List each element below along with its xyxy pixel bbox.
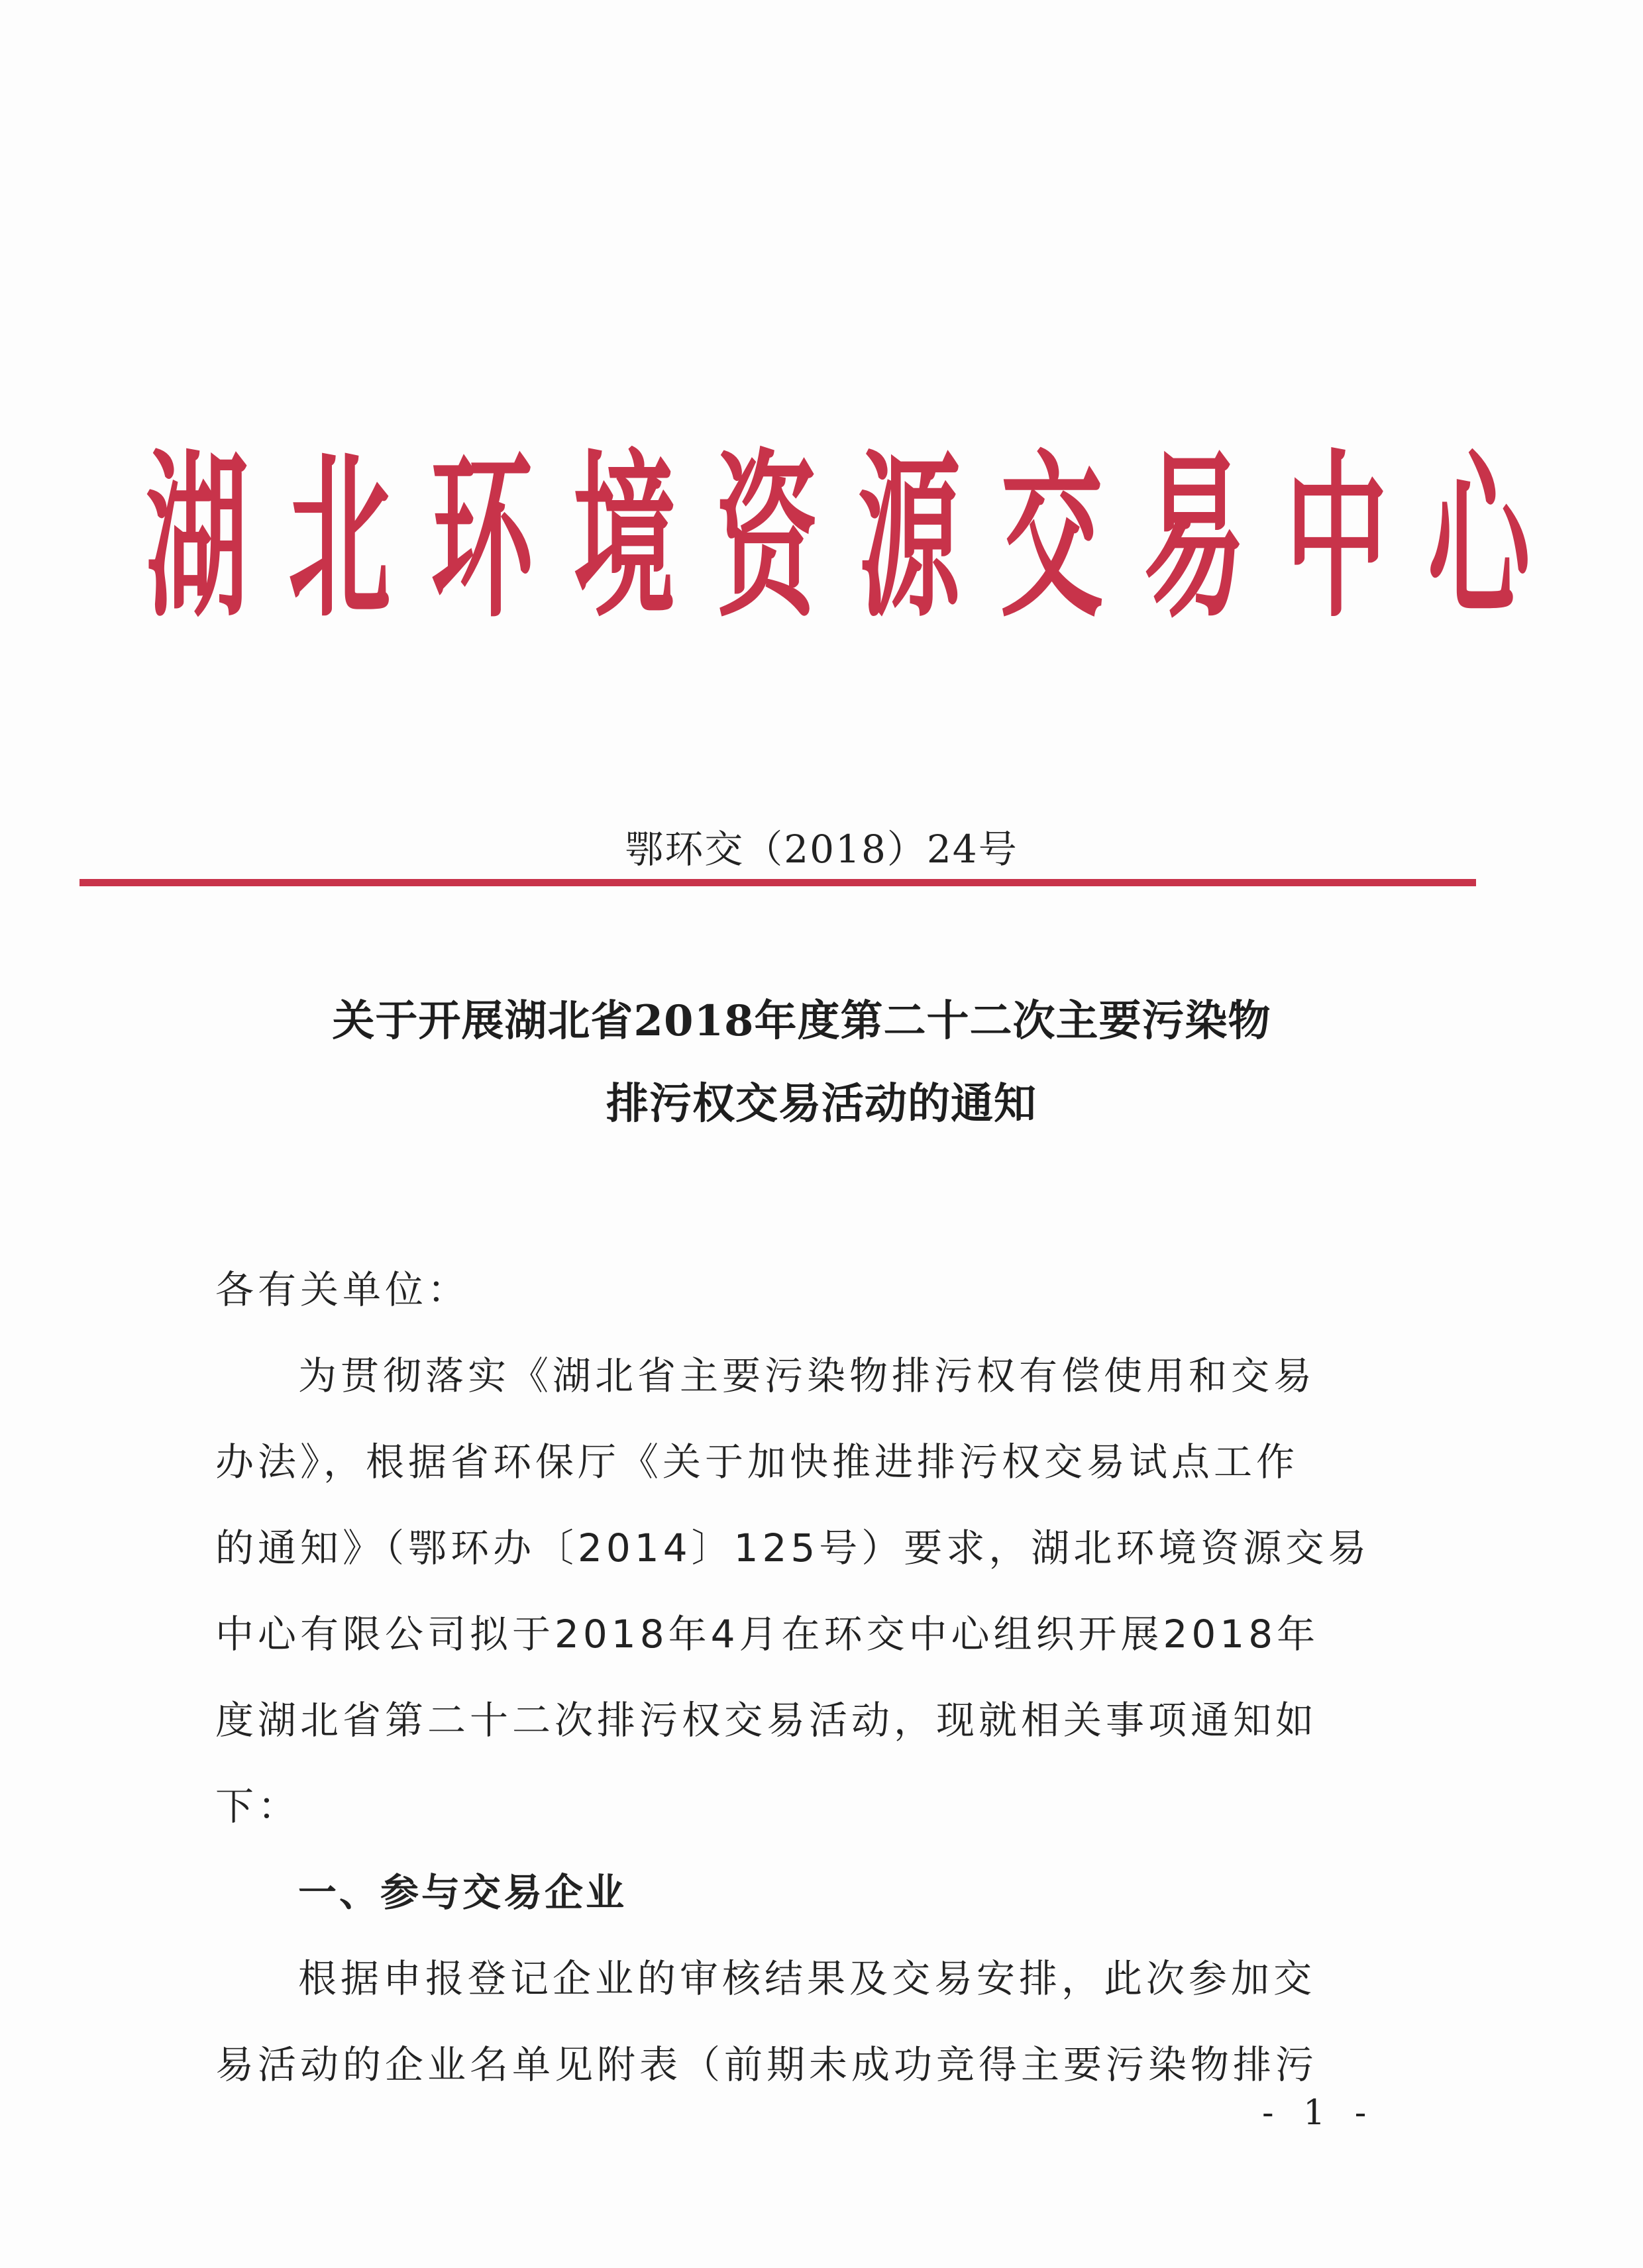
document-title-line-1: 关于开展湖北省2018年度第二十二次主要污染物 (0, 987, 1623, 1048)
masthead-char: 资 (715, 448, 818, 626)
body-line: 度湖北省第二十二次排污权交易活动，现就相关事项通知如 (215, 1689, 1361, 1745)
document-page: 湖 北 环 境 资 源 交 易 中 心 鄂环交（2018）24号 关于开展湖北省… (0, 0, 1643, 2268)
section-heading: 一、参与交易企业 (298, 1861, 627, 1917)
masthead-char: 心 (1428, 448, 1530, 626)
body-line: 为贯彻落实《湖北省主要污染物排污权有偿使用和交易 (298, 1345, 1361, 1400)
masthead-char: 交 (1000, 448, 1103, 626)
masthead-char: 易 (1143, 448, 1245, 626)
masthead-char: 环 (431, 448, 533, 626)
masthead-char: 湖 (146, 448, 248, 626)
masthead-char: 中 (1285, 448, 1388, 626)
body-line: 下： (215, 1775, 1361, 1831)
body-line: 中心有限公司拟于2018年4月在环交中心组织开展2018年 (215, 1603, 1361, 1659)
body-line: 易活动的企业名单见附表（前期未成功竞得主要污染物排污 (215, 2034, 1361, 2089)
document-title-line-2: 排污权交易活动的通知 (0, 1070, 1643, 1131)
masthead-title: 湖 北 环 境 资 源 交 易 中 心 (126, 437, 1464, 636)
body-line: 办法》，根据省环保厅《关于加快推进排污权交易试点工作 (215, 1431, 1361, 1486)
page-number: - 1 - (1262, 2093, 1375, 2133)
body-line: 根据申报登记企业的审核结果及交易安排，此次参加交 (298, 1947, 1361, 2003)
red-separator-line (79, 879, 1476, 886)
salutation: 各有关单位： (215, 1259, 1361, 1314)
body-line: 的通知》（鄂环办〔2014〕125号）要求，湖北环境资源交易 (215, 1517, 1361, 1572)
document-number: 鄂环交（2018）24号 (0, 818, 1643, 874)
masthead-char: 源 (858, 448, 961, 626)
masthead-char: 北 (288, 448, 391, 626)
masthead-char: 境 (573, 448, 676, 626)
